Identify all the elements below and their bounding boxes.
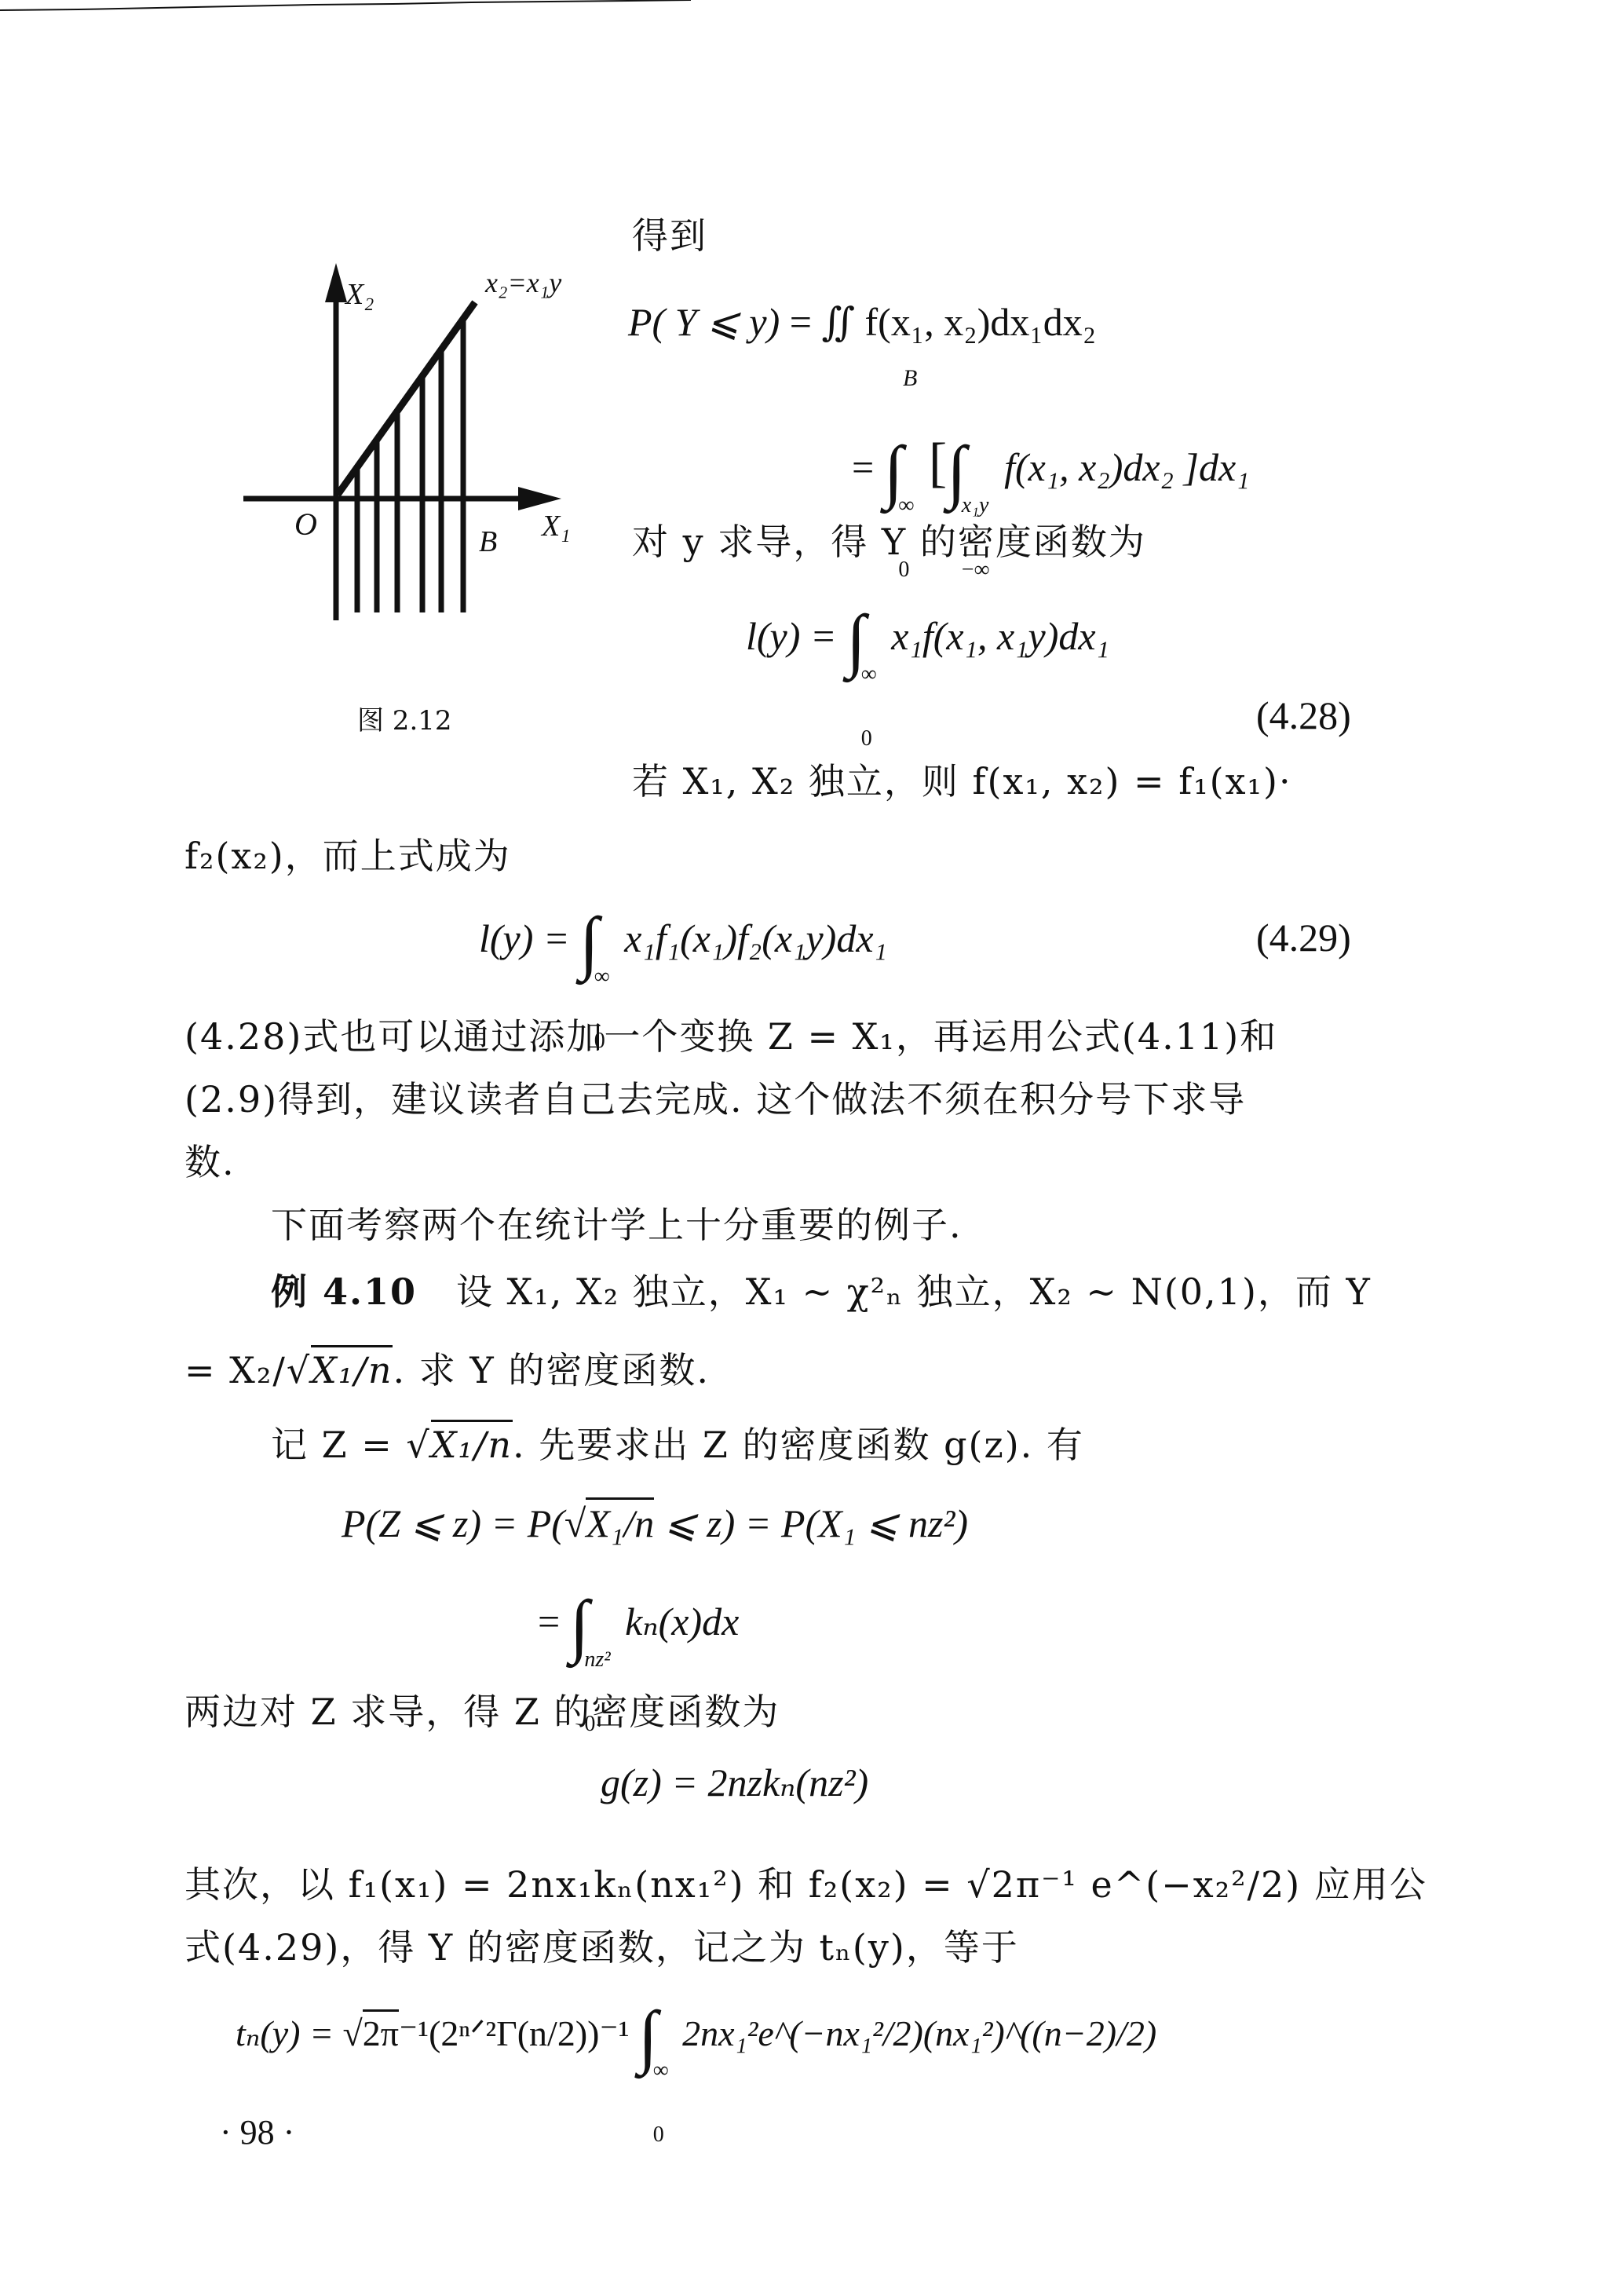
sqrt-radicand: X₁/n	[586, 1497, 654, 1545]
example-statement: 设 X₁, X₂ 独立，X₁ ~ χ²ₙ 独立，X₂ ~ N(0,1)，而 Y	[456, 1270, 1372, 1313]
inner-upper-limit: x₁y	[962, 495, 990, 517]
scan-edge-line	[0, 0, 738, 11]
figure-axis-x-label: X₁	[542, 503, 570, 550]
next-line-2: 式(4.29)，得 Y 的密度函数，记之为 tₙ(y)，等于	[184, 1924, 1019, 1971]
let-post: . 先要求出 Z 的密度函数 g(z). 有	[513, 1424, 1084, 1466]
eqz-line2-body: kₙ(x)dx	[625, 1600, 739, 1643]
example-4-10-line-1: 例 4.10 设 X₁, X₂ 独立，X₁ ~ χ²ₙ 独立，X₂ ~ N(0,…	[271, 1268, 1372, 1315]
paragraph-1-line-1: (4.28)式也可以通过添加一个变换 Z = X₁，再运用公式(4.11)和	[184, 1013, 1277, 1060]
eqt-mid: ⁻¹(2ⁿᐟ²Γ(n/2))⁻¹	[399, 2013, 630, 2053]
equation-g: g(z) = 2nzkₙ(nz²)	[601, 1759, 868, 1806]
sqrt-radicand: 2π	[363, 2009, 399, 2053]
eq1-lhs: P( Y ⩽ y)	[628, 300, 780, 344]
eqt-lhs: tₙ(y) = √	[236, 2013, 363, 2053]
sqrt-radicand: X₁/n	[311, 1345, 393, 1391]
next-line-1: 其次，以 f₁(x₁) = 2nx₁kₙ(nx₁²) 和 f₂(x₂) = √2…	[184, 1861, 1427, 1908]
figure-line-label: x₂=x₁y	[485, 259, 561, 306]
eq429-lhs: l(y) =	[479, 916, 570, 960]
eq429-body: x₁f₁(x₁)f₂(x₁y)dx₁	[624, 916, 887, 960]
eqz-part-a: P(Z ⩽ z) = P(√	[342, 1501, 586, 1545]
equals-sign: =	[538, 1600, 560, 1643]
independence-line-1: 若 X₁, X₂ 独立，则 f(x₁, x₂) = f₁(x₁)·	[632, 758, 1292, 805]
derive-text: 对 y 求导，得 Y 的密度函数为	[632, 518, 1146, 565]
eq1-rhs: = ∬ f(x₁, x₂)dx₁dx₂	[790, 300, 1096, 344]
eq2-rhs: f(x₁, x₂)dx₂ ]dx₁	[1004, 445, 1249, 489]
equation-z-cdf-line-1: P(Z ⩽ z) = P(√X₁/n ⩽ z) = P(X₁ ⩽ nz²)	[342, 1500, 968, 1547]
lower-limit: 0	[653, 2124, 669, 2146]
eq428-body: x₁f(x₁, x₁y)dx₁	[891, 614, 1109, 658]
example-label: 例 4.10	[271, 1270, 417, 1313]
equation-cdf-line1: P( Y ⩽ y) = ∬ f(x₁, x₂)dx₁dx₂	[628, 298, 1096, 345]
differentiate-text: 两边对 Z 求导，得 Z 的密度函数为	[184, 1688, 780, 1735]
bracket-open: [	[929, 433, 947, 493]
integral-limits: ∞0	[861, 664, 877, 750]
eq428-lhs: l(y) =	[746, 614, 837, 658]
example-line2-post: . 求 Y 的密度函数.	[393, 1349, 709, 1391]
figure-region-label: B	[479, 518, 497, 565]
eqt-body: 2nx₁²e^(−nx₁²/2)(nx₁²)^((n−2)/2)	[682, 2013, 1156, 2053]
equation-4-28: l(y) = ∫∞0 x₁f(x₁, x₁y)dx₁	[746, 612, 1109, 750]
upper-limit: ∞	[653, 2060, 669, 2082]
paragraph-2: 下面考察两个在统计学上十分重要的例子.	[271, 1201, 963, 1249]
example-4-10-line-2: = X₂/√X₁/n. 求 Y 的密度函数.	[184, 1347, 710, 1394]
independence-line-2: f₂(x₂)，而上式成为	[184, 832, 511, 879]
figure-2-12	[228, 259, 597, 636]
equation-number-4-28: (4.28)	[1256, 693, 1351, 738]
upper-limit: ∞	[861, 664, 877, 686]
let-pre: 记 Z = √	[271, 1424, 431, 1466]
figure-axis-y-label: X₂	[345, 271, 374, 318]
equation-number-4-29: (4.29)	[1256, 915, 1351, 960]
upper-limit: ∞	[594, 966, 610, 988]
eq1-region-subscript: B	[903, 355, 917, 402]
page-number: · 98 ·	[220, 2112, 294, 2152]
let-z-line: 记 Z = √X₁/n. 先要求出 Z 的密度函数 g(z). 有	[271, 1421, 1084, 1468]
upper-limit: ∞	[898, 495, 914, 517]
equation-t-density: tₙ(y) = √2π⁻¹(2ⁿᐟ²Γ(n/2))⁻¹ ∫∞0 2nx₁²e^(…	[236, 2010, 1156, 2146]
lower-limit: 0	[861, 728, 877, 750]
sqrt-radicand: X₁/n	[431, 1420, 513, 1466]
example-line2-pre: = X₂/√	[184, 1349, 311, 1391]
intro-text: 得到	[632, 212, 707, 259]
paragraph-1-line-3: 数.	[184, 1139, 236, 1186]
eqz-part-b: ⩽ z) = P(X₁ ⩽ nz²)	[654, 1501, 968, 1545]
figure-origin-label: O	[294, 501, 317, 548]
integral-limits: ∞0	[653, 2060, 669, 2146]
upper-limit: nz²	[584, 1649, 610, 1671]
equals-sign: =	[852, 445, 874, 489]
figure-caption: 图 2.12	[357, 699, 452, 737]
paragraph-1-line-2: (2.9)得到，建议读者自己去完成. 这个做法不须在积分号下求导	[184, 1076, 1246, 1123]
